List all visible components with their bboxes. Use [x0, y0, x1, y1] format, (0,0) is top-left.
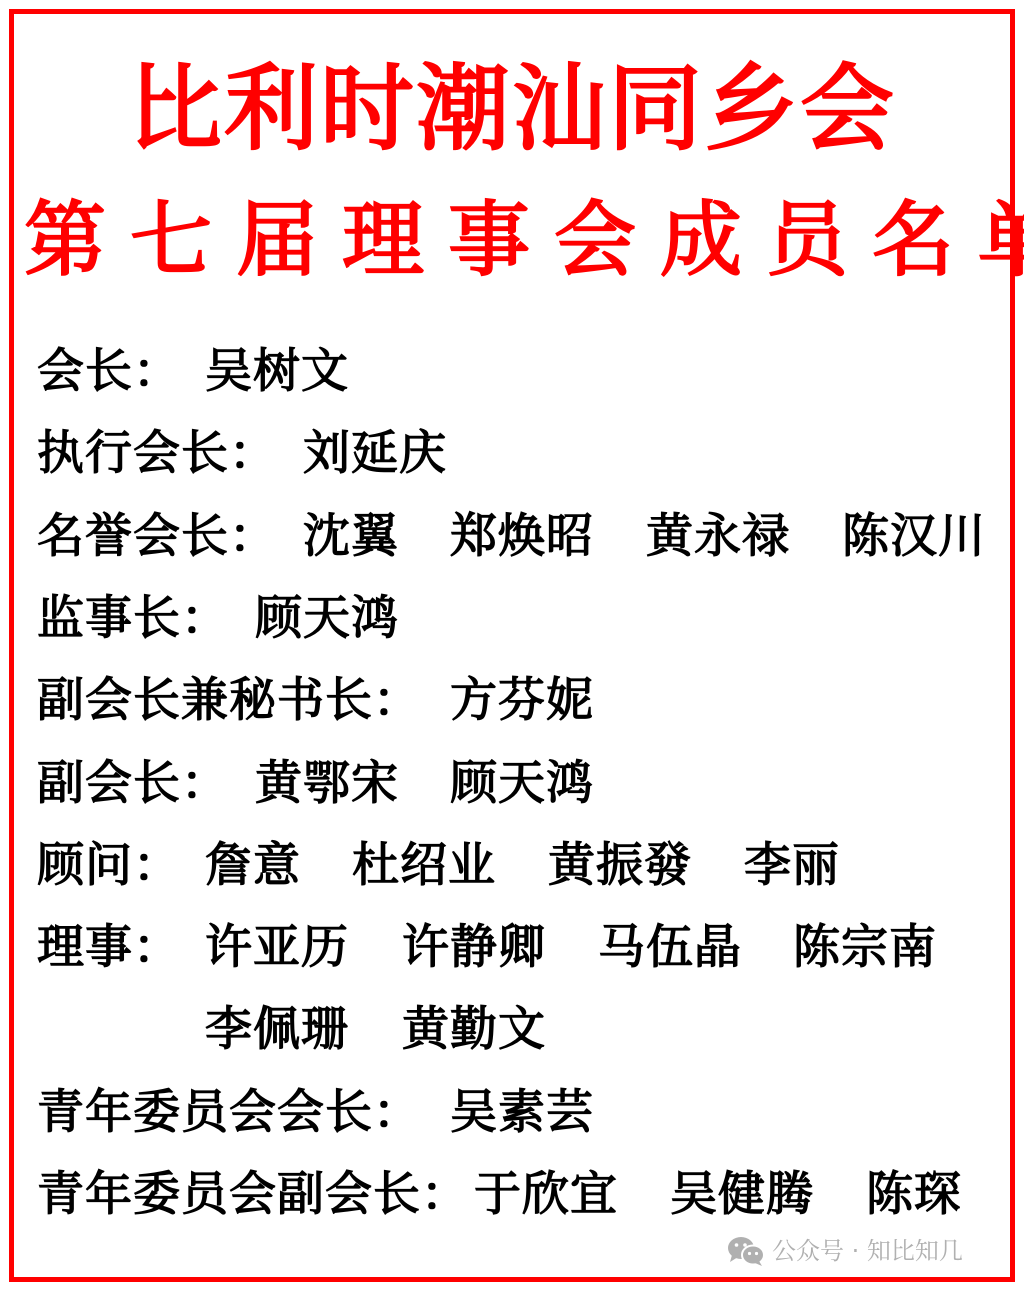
association-title: 比利时潮汕同乡会 — [0, 58, 1024, 162]
role-label: 青年委员会副会长： — [37, 1165, 469, 1225]
roster-row-president: 会长： 吴树文 — [0, 342, 1024, 402]
roster-row-youth-president: 青年委员会会长： 吴素芸 — [0, 1083, 1024, 1143]
member-name: 沈翼 — [303, 507, 399, 567]
member-name: 杜绍业 — [352, 836, 496, 896]
member-name: 詹意 — [205, 836, 301, 896]
roster-row-supervisor: 监事长： 顾天鸿 — [0, 589, 1024, 649]
member-name: 马伍晶 — [598, 918, 742, 978]
member-name: 郑焕昭 — [450, 507, 594, 567]
member-name: 黄永禄 — [646, 507, 790, 567]
role-label: 青年委员会会长： — [37, 1083, 421, 1143]
member-name: 方芬妮 — [450, 671, 594, 731]
roster-row-advisor: 顾问： 詹意 杜绍业 黄振發 李丽 — [0, 836, 1024, 896]
roster-row-directors-continued: 李佩珊 黄勤文 — [0, 1000, 1024, 1060]
wechat-icon — [726, 1235, 766, 1267]
wechat-watermark: 公众号 · 知比知几 — [726, 1234, 963, 1268]
member-name: 李丽 — [744, 836, 840, 896]
roster-row-vice-president: 副会长： 黄鄂宋 顾天鸿 — [0, 754, 1024, 814]
member-name: 许静卿 — [402, 918, 546, 978]
role-label: 会长： — [37, 342, 181, 402]
member-name: 刘延庆 — [303, 424, 447, 484]
watermark-text: 公众号 · 知比知几 — [772, 1234, 963, 1268]
member-name: 黄鄂宋 — [255, 754, 399, 814]
member-name: 吴素芸 — [450, 1083, 594, 1143]
role-label: 监事长： — [37, 589, 229, 649]
roster-row-directors: 理事： 许亚历 许静卿 马伍晶 陈宗南 — [0, 918, 1024, 978]
member-name: 陈琛 — [866, 1165, 962, 1225]
member-name: 于欣宜 — [474, 1165, 618, 1225]
member-name: 李佩珊 — [205, 1000, 349, 1060]
roster-row-vp-secretary-general: 副会长兼秘书长： 方芬妮 — [0, 671, 1024, 731]
role-label: 顾问： — [37, 836, 181, 896]
role-label: 执行会长： — [37, 424, 277, 484]
role-label: 副会长： — [37, 754, 229, 814]
member-name: 陈宗南 — [793, 918, 937, 978]
member-name: 黄勤文 — [402, 1000, 546, 1060]
roster-row-executive-president: 执行会长： 刘延庆 — [0, 424, 1024, 484]
member-name: 顾天鸿 — [255, 589, 399, 649]
member-name: 陈汉川 — [842, 507, 986, 567]
member-name: 吴树文 — [205, 342, 349, 402]
member-name: 黄振發 — [548, 836, 692, 896]
roster-subtitle: 第七届理事会成员名单 — [0, 190, 1024, 290]
role-label: 名誉会长： — [37, 507, 277, 567]
roster-row-honorary-president: 名誉会长： 沈翼 郑焕昭 黄永禄 陈汉川 — [0, 507, 1024, 567]
role-label: 副会长兼秘书长： — [37, 671, 421, 731]
member-name: 许亚历 — [205, 918, 349, 978]
member-name: 顾天鸿 — [450, 754, 594, 814]
member-name: 吴健腾 — [670, 1165, 814, 1225]
roster-row-youth-vice-president: 青年委员会副会长： 于欣宜 吴健腾 陈琛 — [0, 1165, 1024, 1225]
role-label: 理事： — [37, 918, 181, 978]
